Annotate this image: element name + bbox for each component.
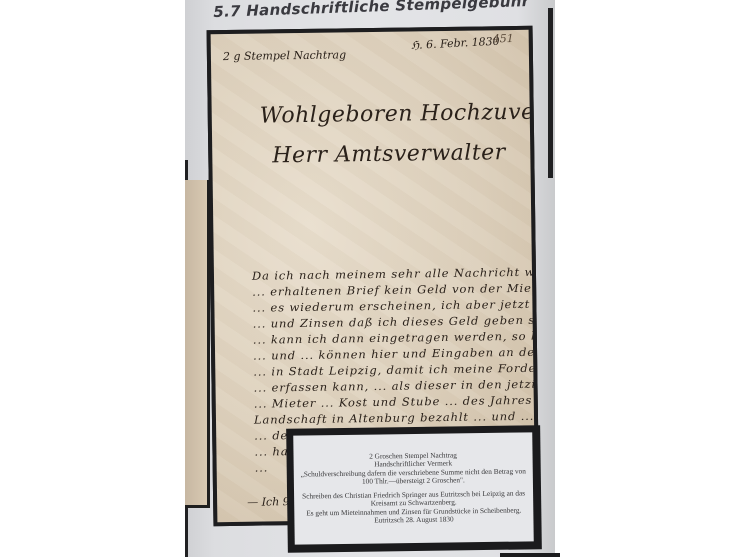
caption-card: 2 Groschen Stempel Nachtrag Handschriftl… bbox=[286, 425, 542, 553]
next-item-frame-edge bbox=[500, 553, 560, 557]
docket-note: 2 g Stempel Nachtrag bbox=[223, 48, 346, 63]
letter-body-line: ... erfassen kann, ... als dieser in den… bbox=[253, 377, 535, 394]
adjacent-frame-edge bbox=[548, 8, 553, 178]
caption-text: 2 Groschen Stempel Nachtrag Handschriftl… bbox=[293, 432, 533, 544]
address-line-2: Herr Amtsverwalter bbox=[272, 140, 506, 168]
address-line-1: Wohlgeboren Hochzuverehrender bbox=[260, 98, 536, 128]
adjacent-letter-fragment bbox=[185, 180, 210, 508]
letter-body-line: Da ich nach meinem sehr alle Nachricht w… bbox=[252, 263, 535, 283]
receipt-date-note: ℌ. 6. Febr. 1830 bbox=[410, 35, 499, 52]
letter-body-line: ... und Zinsen daß ich dieses Geld geben… bbox=[253, 312, 536, 331]
letter-body-line: ... und ... können hier und Eingaben an … bbox=[253, 345, 535, 363]
letter-body-line: Landschaft in Altenburg bezahlt ... und … bbox=[254, 410, 534, 427]
page-number: 451 bbox=[493, 32, 514, 45]
letter-body-line: ... kann ich dann eingetragen werden, so… bbox=[253, 328, 536, 347]
letter-body-line: ... bbox=[255, 461, 269, 474]
letter-body-line: ... in Stadt Leipzig, damit ich meine Fo… bbox=[253, 360, 535, 378]
letter-body-line: ... Mieter ... Kost und Stube ... des Ja… bbox=[254, 393, 536, 411]
